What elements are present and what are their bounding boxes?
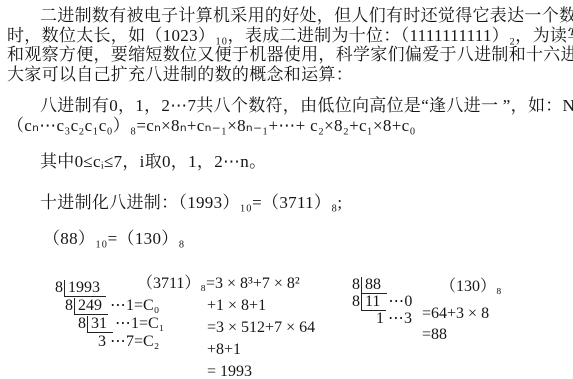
expansion-head: （130）₈ xyxy=(440,276,502,297)
remainder: ⋯3 xyxy=(386,310,412,327)
paragraph1-line4: 大家可以自己扩充八进制的数的概念和运算： xyxy=(7,65,353,84)
remainder: ⋯0 xyxy=(386,293,412,310)
divisor: 8 xyxy=(352,293,361,310)
conversion-example-88: （88）₁₀=（130）₈ xyxy=(43,229,185,248)
paragraph2-line1: 八进制有0，1，2⋯7共八个数符，由低位向高位是“逢八进一 ”，如：N= xyxy=(40,96,573,115)
expansion-line: =3 × 512+7 × 64 xyxy=(207,317,315,339)
expansion-130-head-block: （130）₈ xyxy=(440,276,502,297)
dividend: 31 xyxy=(87,316,113,333)
expansion-line: =64+3 × 8 xyxy=(422,303,489,324)
digit-condition: 其中0≤cᵢ≤7，i取0，1，2⋯n。 xyxy=(40,152,266,171)
dividend: 249 xyxy=(74,298,108,315)
expansion-line: =88 xyxy=(422,324,489,345)
expansion-head: （3711）₈ xyxy=(137,275,206,292)
remainder xyxy=(387,276,389,293)
expansion-terms: =3 × 8³+7 × 8² xyxy=(206,275,300,292)
divisor: 8 xyxy=(65,297,74,314)
paragraph1-line3: 和观察方便，要缩短数位又便于机器使用，科学家们偏爱于八进制和十六进制. xyxy=(7,45,573,64)
expansion-line: = 1993 xyxy=(207,361,315,379)
expansion-line: +1 × 8+1 xyxy=(207,295,315,317)
paragraph1-line2: 时，数位太长，如（1023）₁₀，表成二进制为十位：（1111111111）₂，… xyxy=(7,26,573,45)
division-step: 811⋯0 xyxy=(352,294,412,311)
conversion-example-1993: 十进制化八进制：（1993）₁₀=（3711）₈; xyxy=(40,193,342,212)
dividend: 88 xyxy=(361,277,387,294)
expansion-130: =64+3 × 8 =88 xyxy=(422,303,489,345)
divisor: 8 xyxy=(55,279,64,296)
remainder xyxy=(106,279,108,296)
final-quotient: 3 xyxy=(96,334,108,350)
divisor: 8 xyxy=(78,315,87,332)
octal-formula: （cₙ⋯c₃c₂c₁c₀）₈=cₙ×8ₙ+cₙ₋₁×8ₙ₋₁+⋯+ c₂×8₂+… xyxy=(7,116,416,135)
division-step: 888 xyxy=(352,277,412,294)
dividend: 1993 xyxy=(64,280,106,297)
division-step: 1⋯3 xyxy=(373,311,412,328)
expansion-3711: （3711）₈=3 × 8³+7 × 8² +1 × 8+1 =3 × 512+… xyxy=(137,273,315,379)
final-quotient: 1 xyxy=(374,311,386,327)
expansion-line: +8+1 xyxy=(207,339,315,361)
dividend: 11 xyxy=(361,294,386,311)
paragraph1-line1: 二进制数有被电子计算机采用的好处，但人们有时还觉得它表达一个数 xyxy=(40,6,573,25)
expansion-line: （3711）₈=3 × 8³+7 × 8² xyxy=(137,273,315,295)
short-division-88: 888 811⋯0 1⋯3 xyxy=(352,277,412,328)
document-page: 二进制数有被电子计算机采用的好处，但人们有时还觉得它表达一个数 时，数位太长，如… xyxy=(0,0,573,379)
divisor: 8 xyxy=(352,276,361,293)
